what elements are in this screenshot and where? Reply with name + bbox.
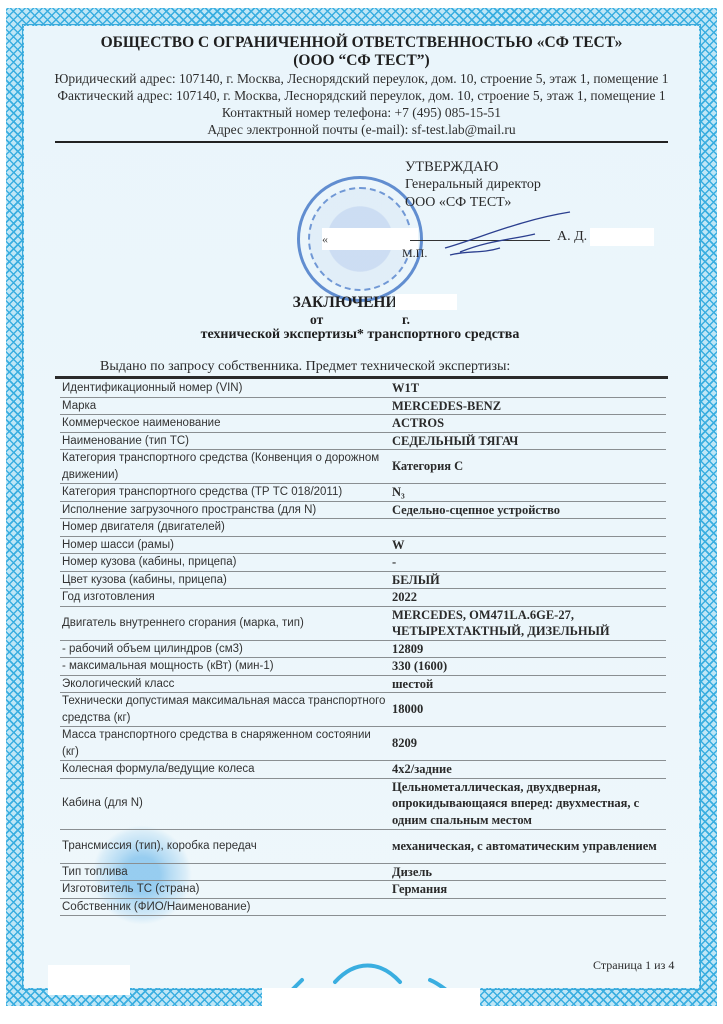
table-row: Коммерческое наименованиеACTROS	[60, 415, 666, 433]
row-label: Номер кузова (кабины, прицепа)	[60, 554, 390, 572]
row-value: 18000	[390, 693, 666, 727]
row-value: 330 (1600)	[390, 658, 666, 676]
row-label: Масса транспортного средства в снаряженн…	[60, 727, 390, 761]
redacted-area	[48, 965, 130, 995]
row-value	[390, 519, 666, 537]
row-label: Категория транспортного средства (Конвен…	[60, 450, 390, 484]
row-label: - максимальная мощность (кВт) (мин-1)	[60, 658, 390, 676]
document-subtitle: технической экспертизы* транспортного ср…	[100, 327, 620, 343]
date-year-suffix: г.	[402, 312, 410, 327]
row-value: СЕДЕЛЬНЫЙ ТЯГАЧ	[390, 432, 666, 450]
table-row: Наименование (тип ТС)СЕДЕЛЬНЫЙ ТЯГАЧ	[60, 432, 666, 450]
row-value: 12809	[390, 640, 666, 658]
table-row: Номер двигателя (двигателей)	[60, 519, 666, 537]
stamp-quote: «	[322, 232, 328, 247]
row-value: Цельнометаллическая, двухдверная, опроки…	[390, 778, 666, 829]
email: Адрес электронной почты (e-mail): sf-tes…	[30, 121, 693, 138]
border-notch	[262, 988, 480, 1008]
approval-block: УТВЕРЖДАЮ Генеральный директор ООО «СФ Т…	[405, 158, 541, 212]
row-label: Трансмиссия (тип), коробка передач	[60, 829, 390, 863]
table-row: Двигатель внутреннего сгорания (марка, т…	[60, 606, 666, 640]
row-value: Дизель	[390, 863, 666, 881]
legal-address: Юридический адрес: 107140, г. Москва, Ле…	[30, 70, 693, 87]
table-row: Идентификационный номер (VIN)W1T	[60, 380, 666, 397]
row-value	[390, 898, 666, 916]
row-label: Цвет кузова (кабины, прицепа)	[60, 571, 390, 589]
approval-heading: УТВЕРЖДАЮ	[405, 158, 541, 176]
page-number: Страница 1 из 4	[593, 958, 674, 973]
approver-position: Генеральный директор	[405, 176, 541, 194]
row-label: Технически допустимая максимальная масса…	[60, 693, 390, 727]
row-value: W	[390, 536, 666, 554]
row-value: MERCEDES-BENZ	[390, 397, 666, 415]
table-row: Трансмиссия (тип), коробка передачмехани…	[60, 829, 666, 863]
table-row: Цвет кузова (кабины, прицепа)БЕЛЫЙ	[60, 571, 666, 589]
row-label: Двигатель внутреннего сгорания (марка, т…	[60, 606, 390, 640]
table-row: Масса транспортного средства в снаряженн…	[60, 727, 666, 761]
date-from-label: от	[310, 312, 323, 327]
row-value: шестой	[390, 675, 666, 693]
row-label: Колесная формула/ведущие колеса	[60, 761, 390, 779]
table-row: Год изготовления2022	[60, 589, 666, 607]
row-value: W1T	[390, 380, 666, 397]
row-value: механическая, с автоматическим управлени…	[390, 829, 666, 863]
row-value: 2022	[390, 589, 666, 607]
row-value: -	[390, 554, 666, 572]
table-top-rule	[55, 376, 668, 379]
document-date-line: от г.	[100, 312, 620, 328]
row-label: Номер двигателя (двигателей)	[60, 519, 390, 537]
redacted-area	[395, 294, 457, 310]
row-label: Наименование (тип ТС)	[60, 432, 390, 450]
row-value: 4x2/задние	[390, 761, 666, 779]
row-value: MERCEDES, OM471LA.6GE-27, ЧЕТЫРЕХТАКТНЫЙ…	[390, 606, 666, 640]
row-value: 8209	[390, 727, 666, 761]
row-label: Год изготовления	[60, 589, 390, 607]
table-row: Категория транспортного средства (ТР ТС …	[60, 484, 666, 502]
redacted-area	[590, 228, 654, 246]
row-label: Изготовитель ТС (страна)	[60, 881, 390, 899]
row-value: ACTROS	[390, 415, 666, 433]
row-label: Собственник (ФИО/Наименование)	[60, 898, 390, 916]
org-name: ОБЩЕСТВО С ОГРАНИЧЕННОЙ ОТВЕТСТВЕННОСТЬЮ…	[30, 34, 693, 52]
row-label: Идентификационный номер (VIN)	[60, 380, 390, 397]
row-value: БЕЛЫЙ	[390, 571, 666, 589]
table-row: Изготовитель ТС (страна)Германия	[60, 881, 666, 899]
table-row: Собственник (ФИО/Наименование)	[60, 898, 666, 916]
intro-text: Выдано по запросу собственника. Предмет …	[100, 359, 510, 375]
document-title: ЗАКЛЮЧЕНИЕ №	[100, 294, 620, 312]
row-label: Экологический класс	[60, 675, 390, 693]
row-value: N₃	[390, 484, 666, 502]
table-row: - рабочий объем цилиндров (см3)12809	[60, 640, 666, 658]
letterhead: ОБЩЕСТВО С ОГРАНИЧЕННОЙ ОТВЕТСТВЕННОСТЬЮ…	[30, 34, 693, 138]
row-label: Тип топлива	[60, 863, 390, 881]
row-label: Номер шасси (рамы)	[60, 536, 390, 554]
table-row: Технически допустимая максимальная масса…	[60, 693, 666, 727]
row-label: - рабочий объем цилиндров (см3)	[60, 640, 390, 658]
row-value: Категория С	[390, 450, 666, 484]
signer-initials: А. Д.	[557, 229, 587, 245]
row-value: Седельно-сцепное устройство	[390, 501, 666, 519]
row-label: Коммерческое наименование	[60, 415, 390, 433]
phone: Контактный номер телефона: +7 (495) 085-…	[30, 104, 693, 121]
table-row: Категория транспортного средства (Конвен…	[60, 450, 666, 484]
row-label: Категория транспортного средства (ТР ТС …	[60, 484, 390, 502]
stamp-place-mark: М.П.	[402, 246, 427, 261]
row-value: Германия	[390, 881, 666, 899]
org-short-name: (ООО “СФ ТЕСТ”)	[30, 52, 693, 70]
table-row: - максимальная мощность (кВт) (мин-1)330…	[60, 658, 666, 676]
table-row: Экологический классшестой	[60, 675, 666, 693]
header-divider	[55, 141, 668, 143]
table-row: Колесная формула/ведущие колеса4x2/задни…	[60, 761, 666, 779]
actual-address: Фактический адрес: 107140, г. Москва, Ле…	[30, 87, 693, 104]
row-label: Кабина (для N)	[60, 778, 390, 829]
table-row: Номер шасси (рамы)W	[60, 536, 666, 554]
vehicle-spec-table: Идентификационный номер (VIN)W1TМаркаMER…	[60, 380, 666, 916]
table-row: Тип топливаДизель	[60, 863, 666, 881]
table-row: МаркаMERCEDES-BENZ	[60, 397, 666, 415]
table-row: Исполнение загрузочного пространства (дл…	[60, 501, 666, 519]
row-label: Марка	[60, 397, 390, 415]
table-row: Кабина (для N)Цельнометаллическая, двухд…	[60, 778, 666, 829]
table-row: Номер кузова (кабины, прицепа)-	[60, 554, 666, 572]
row-label: Исполнение загрузочного пространства (дл…	[60, 501, 390, 519]
